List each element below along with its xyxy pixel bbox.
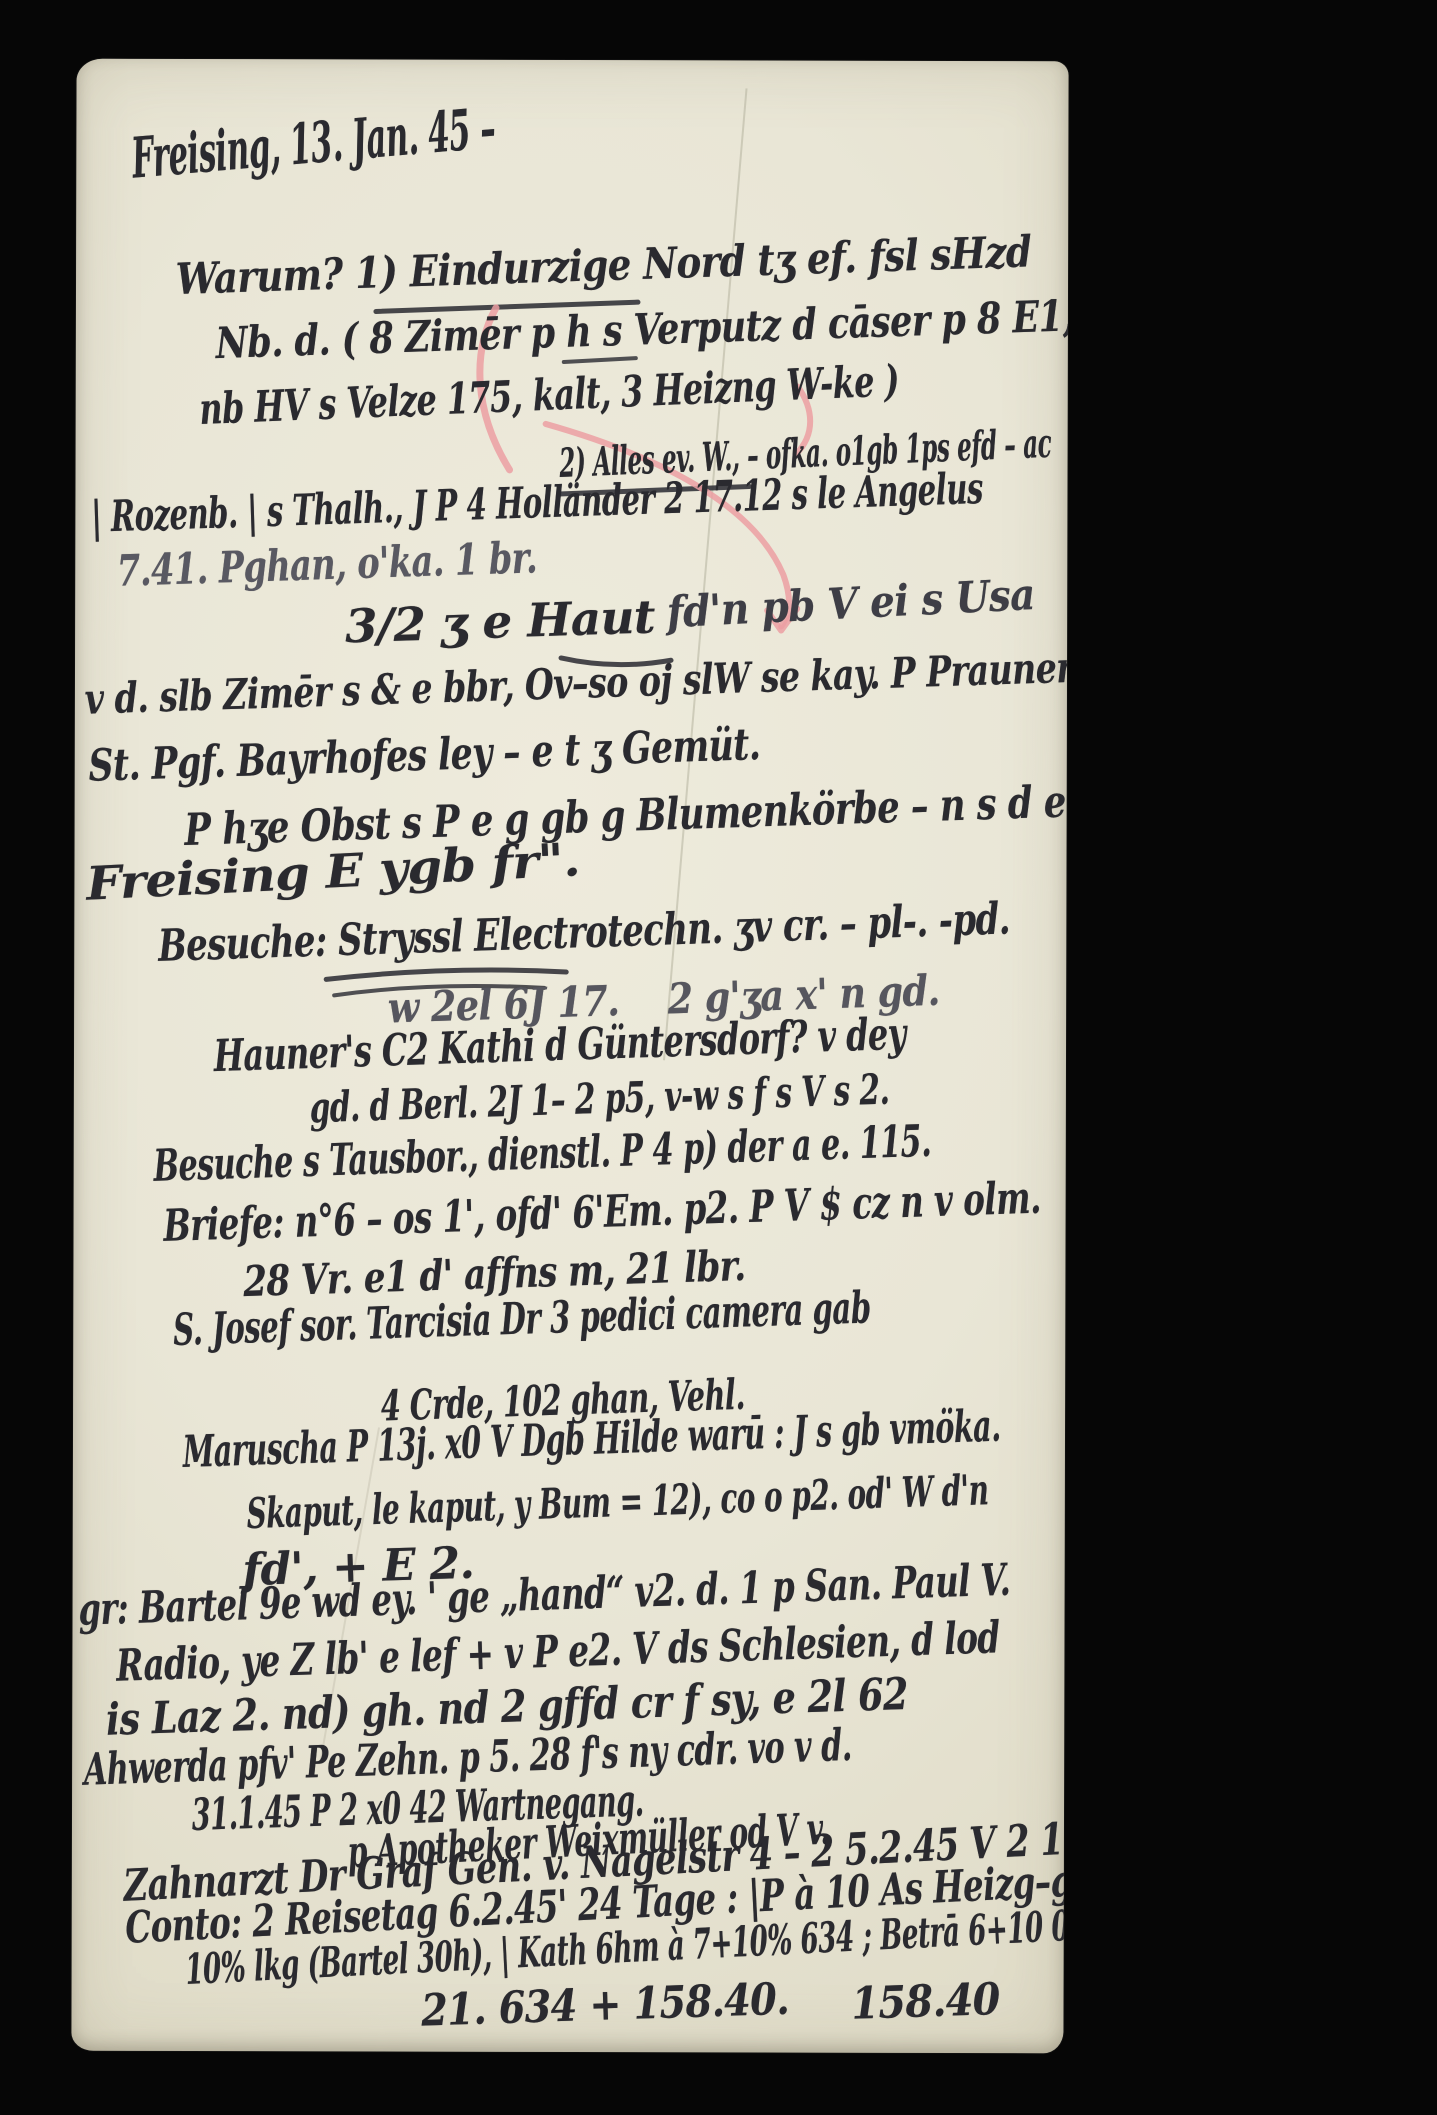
handwriting-lines: Freising, 13. Jan. 45 –Warum? 1) Eindurz…: [77, 59, 1069, 62]
paper-card: Freising, 13. Jan. 45 –Warum? 1) Eindurz…: [71, 59, 1068, 2054]
handwritten-line-13: Freising E ygb fr".: [85, 836, 581, 906]
handwritten-line-36: 158.40: [851, 1978, 1001, 2027]
handwritten-line-14: Besuche: Stryssl Electrotechn. ʒv cr. – …: [157, 897, 1010, 968]
handwritten-line-4: nb HV s Velze 175, kalt, 3 Heizng W-ke ): [199, 360, 900, 432]
scanned-document-page: { "document": { "kind": "handwritten dia…: [0, 0, 1437, 2115]
handwritten-line-24: Skaput, le kaput, y Bum = 12), co o p2. …: [246, 1469, 989, 1535]
handwritten-line-1: Freising, 13. Jan. 45 –: [129, 100, 497, 187]
handwritten-line-11: St. Pgf. Bayrhofes ley – e t ʒ Gemüt.: [88, 723, 761, 789]
handwritten-line-12: P hʒe Obst s P e g gb g Blumenkörbe – n …: [184, 781, 1067, 853]
underline-dash-mark: [564, 358, 636, 362]
handwritten-line-19: Briefe: n°6 – os 1', ofd' 6'Em. p2. P V …: [163, 1177, 1042, 1249]
handwritten-line-3: Nb. d. ( 8 Zimēr p h s Verputz d cāser p…: [215, 294, 1069, 366]
handwritten-line-35: 21. 634 + 158.40.: [421, 1978, 790, 2034]
handwritten-line-2: Warum? 1) Eindurzige Nord tʒ ef. fsl sHz…: [175, 231, 1032, 302]
handwritten-line-9: fd'n pb V ei s Usa: [666, 574, 1036, 635]
handwritten-line-7: 7.41. Pghan, o'ka. 1 br.: [116, 537, 537, 594]
handwritten-line-8: 3/2 ʒ e Haut: [344, 593, 655, 649]
handwritten-line-23: Maruscha P 13j. x0 V Dgb Hilde warū : J …: [182, 1405, 1001, 1475]
handwritten-line-10: v d. slb Zimēr s & e bbr, Ov–so oj slW s…: [84, 646, 1068, 720]
handwritten-line-18: Besuche s Tausbor., dienstl. P 4 p) der …: [153, 1120, 932, 1189]
handwritten-line-6: | Rozenb. | s Thalh., J P 4 Holländer 2 …: [91, 468, 984, 540]
